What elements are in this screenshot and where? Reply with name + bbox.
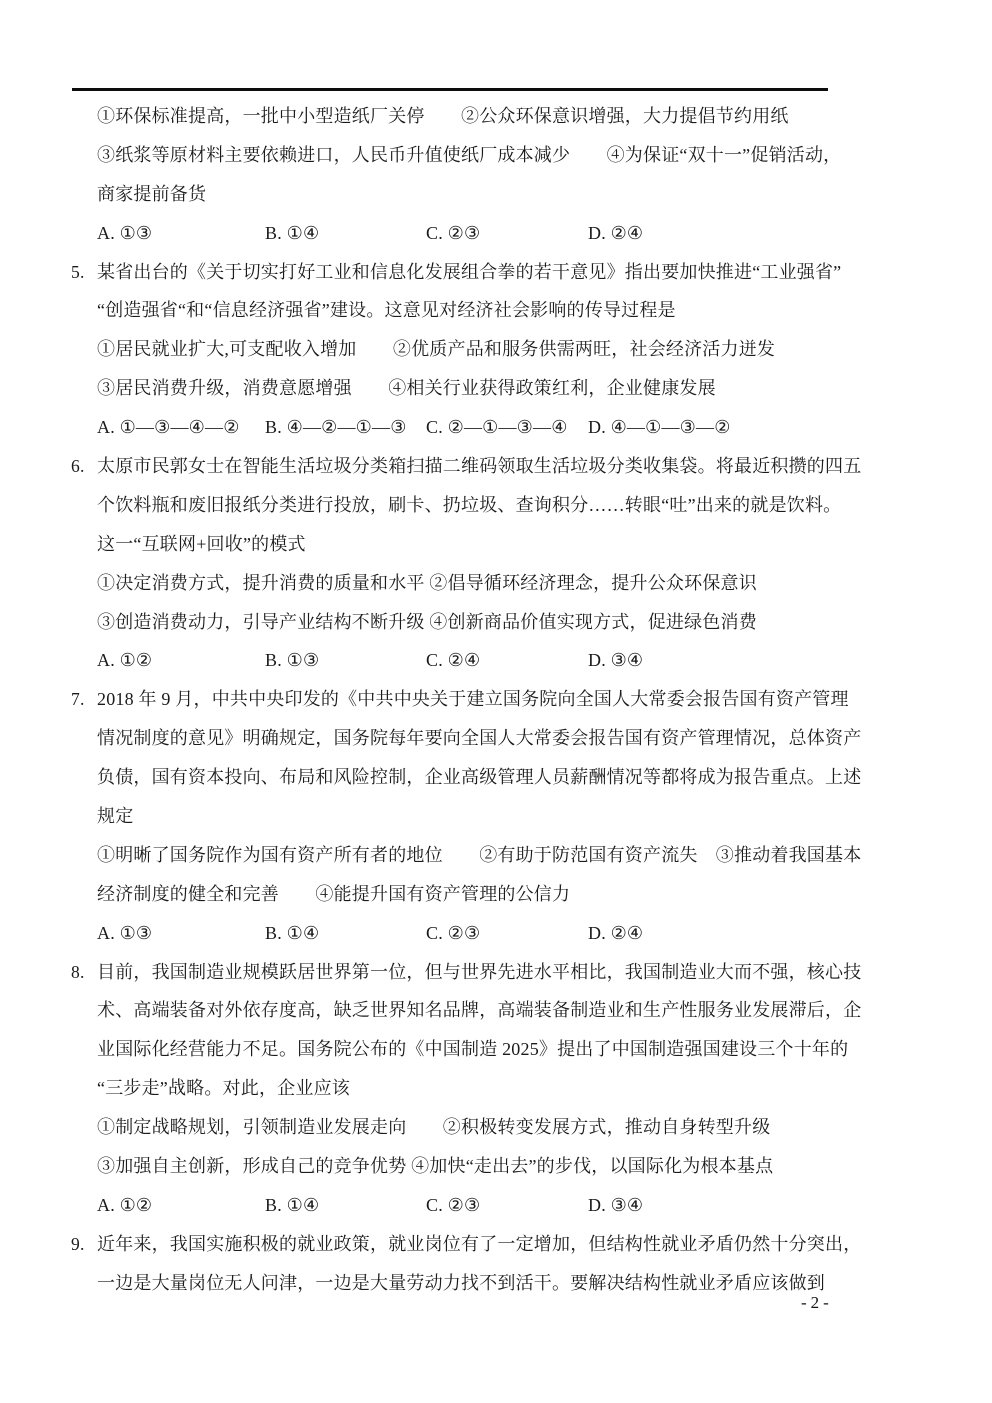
question-line: ①决定消费方式，提升消费的质量和水平 ②倡导循环经济理念，提升公众环保意识 [0, 564, 992, 603]
question-line-text: 个饮料瓶和废旧报纸分类进行投放，刷卡、扔垃圾、查询积分……转眼“吐”出来的就是饮… [97, 495, 841, 515]
option-cell: A. ①② [97, 1186, 152, 1225]
option-cell: D. ③④ [588, 1186, 643, 1225]
question-line-text: 这一“互联网+回收”的模式 [97, 534, 306, 554]
question-block: 5.某省出台的《关于切实打好工业和信息化发展组合拳的若干意见》指出要加快推进“工… [0, 253, 992, 447]
question-line: 这一“互联网+回收”的模式 [0, 525, 992, 564]
question-line: 业国际化经营能力不足。国务院公布的《中国制造 2025》提出了中国制造强国建设三… [0, 1030, 992, 1069]
question-line: “创造强省“和“信息经济强省”建设。这意见对经济社会影响的传导过程是 [0, 291, 992, 330]
option-cell: C. ②—①—③—④ [426, 408, 568, 447]
option-cell: B. ①④ [265, 1186, 319, 1225]
option-cell: B. ①④ [265, 214, 319, 253]
question-line: 商家提前备货 [0, 175, 992, 214]
question-line: ①明晰了国务院作为国有资产所有者的地位 ②有助于防范国有资产流失 ③推动着我国基… [0, 836, 992, 875]
option-cell: A. ①③ [97, 914, 152, 953]
page-number: -2- [801, 1293, 833, 1313]
question-line: 负债，国有资本投向、布局和风险控制，企业高级管理人员薪酬情况等都将成为报告重点。… [0, 758, 992, 797]
question-line-text: 业国际化经营能力不足。国务院公布的《中国制造 2025》提出了中国制造强国建设三… [97, 1039, 848, 1059]
question-line: 个饮料瓶和废旧报纸分类进行投放，刷卡、扔垃圾、查询积分……转眼“吐”出来的就是饮… [0, 486, 992, 525]
question-line: “三步走”战略。对此，企业应该 [0, 1069, 992, 1108]
question-number: 9. [71, 1225, 85, 1264]
answer-options-row: A. ①③B. ①④C. ②③D. ②④ [0, 914, 992, 953]
option-cell: C. ②③ [426, 214, 480, 253]
question-line-text: ①环保标准提高，一批中小型造纸厂关停 ②公众环保意识增强，大力提倡节约用纸 [97, 106, 789, 126]
question-line: 规定 [0, 797, 992, 836]
question-line-text: ①明晰了国务院作为国有资产所有者的地位 ②有助于防范国有资产流失 ③推动着我国基… [97, 845, 861, 865]
question-line-text: ①制定战略规划，引领制造业发展走向 ②积极转变发展方式，推动自身转型升级 [97, 1117, 770, 1137]
answer-options-row: A. ①—③—④—②B. ④—②—①—③C. ②—①—③—④D. ④—①—③—② [0, 408, 992, 447]
header-divider [72, 88, 828, 91]
option-cell: D. ②④ [588, 214, 643, 253]
question-line-text: 2018 年 9 月，中共中央印发的《中共中央关于建立国务院向全国人大常委会报告… [97, 689, 849, 709]
question-line: 经济制度的健全和完善 ④能提升国有资产管理的公信力 [0, 875, 992, 914]
question-line-text: ①决定消费方式，提升消费的质量和水平 ②倡导循环经济理念，提升公众环保意识 [97, 573, 757, 593]
option-cell: B. ①③ [265, 641, 319, 680]
question-line-text: ①居民就业扩大,可支配收入增加 ②优质产品和服务供需两旺，社会经济活力迸发 [97, 339, 775, 359]
question-line: 9.近年来，我国实施积极的就业政策，就业岗位有了一定增加，但结构性就业矛盾仍然十… [0, 1225, 992, 1264]
question-line: 7.2018 年 9 月，中共中央印发的《中共中央关于建立国务院向全国人大常委会… [0, 680, 992, 719]
question-line: 情况制度的意见》明确规定，国务院每年要向全国人大常委会报告国有资产管理情况，总体… [0, 719, 992, 758]
question-block: ①环保标准提高，一批中小型造纸厂关停 ②公众环保意识增强，大力提倡节约用纸③纸浆… [0, 97, 992, 253]
question-line-text: 近年来，我国实施积极的就业政策，就业岗位有了一定增加，但结构性就业矛盾仍然十分突… [97, 1234, 861, 1254]
exam-page: ①环保标准提高，一批中小型造纸厂关停 ②公众环保意识增强，大力提倡节约用纸③纸浆… [0, 0, 992, 1403]
question-line-text: “三步走”战略。对此，企业应该 [97, 1078, 350, 1098]
option-cell: C. ②③ [426, 1186, 480, 1225]
question-number: 5. [71, 253, 85, 292]
question-line: ③纸浆等原材料主要依赖进口，人民币升值使纸厂成本减少 ④为保证“双十一”促销活动… [0, 136, 992, 175]
option-cell: C. ②③ [426, 914, 480, 953]
option-cell: B. ①④ [265, 914, 319, 953]
question-line-text: ③居民消费升级，消费意愿增强 ④相关行业获得政策红利，企业健康发展 [97, 378, 716, 398]
question-line: 8.目前，我国制造业规模跃居世界第一位，但与世界先进水平相比，我国制造业大而不强… [0, 953, 992, 992]
question-line: ①环保标准提高，一批中小型造纸厂关停 ②公众环保意识增强，大力提倡节约用纸 [0, 97, 992, 136]
question-line-text: “创造强省“和“信息经济强省”建设。这意见对经济社会影响的传导过程是 [97, 300, 676, 320]
question-number: 6. [71, 447, 85, 486]
option-cell: A. ①② [97, 641, 152, 680]
question-line-text: 术、高端装备对外依存度高，缺乏世界知名品牌，高端装备制造业和生产性服务业发展滞后… [97, 1000, 861, 1020]
question-line-text: 太原市民郭女士在智能生活垃圾分类箱扫描二维码领取生活垃圾分类收集袋。将最近积攒的… [97, 456, 861, 476]
question-block: 7.2018 年 9 月，中共中央印发的《中共中央关于建立国务院向全国人大常委会… [0, 680, 992, 952]
question-line-text: 目前，我国制造业规模跃居世界第一位，但与世界先进水平相比，我国制造业大而不强，核… [97, 962, 861, 982]
question-line-text: 商家提前备货 [97, 184, 206, 204]
question-line-text: ③创造消费动力，引导产业结构不断升级 ④创新商品价值实现方式，促进绿色消费 [97, 612, 757, 632]
option-cell: A. ①—③—④—② [97, 408, 240, 447]
question-line: ③加强自主创新，形成自己的竞争优势 ④加快“走出去”的步伐，以国际化为根本基点 [0, 1147, 992, 1186]
question-block: 8.目前，我国制造业规模跃居世界第一位，但与世界先进水平相比，我国制造业大而不强… [0, 953, 992, 1225]
option-cell: D. ④—①—③—② [588, 408, 731, 447]
option-cell: B. ④—②—①—③ [265, 408, 407, 447]
question-line: 一边是大量岗位无人问津，一边是大量劳动力找不到活干。要解决结构性就业矛盾应该做到 [0, 1264, 992, 1303]
answer-options-row: A. ①②B. ①③C. ②④D. ③④ [0, 641, 992, 680]
question-line-text: 一边是大量岗位无人问津，一边是大量劳动力找不到活干。要解决结构性就业矛盾应该做到 [97, 1273, 825, 1293]
question-line: 5.某省出台的《关于切实打好工业和信息化发展组合拳的若干意见》指出要加快推进“工… [0, 253, 992, 292]
question-line: ①制定战略规划，引领制造业发展走向 ②积极转变发展方式，推动自身转型升级 [0, 1108, 992, 1147]
option-cell: C. ②④ [426, 641, 480, 680]
question-block: 6.太原市民郭女士在智能生活垃圾分类箱扫描二维码领取生活垃圾分类收集袋。将最近积… [0, 447, 992, 680]
exam-content: ①环保标准提高，一批中小型造纸厂关停 ②公众环保意识增强，大力提倡节约用纸③纸浆… [0, 97, 992, 1303]
question-line-text: ③加强自主创新，形成自己的竞争优势 ④加快“走出去”的步伐，以国际化为根本基点 [97, 1156, 773, 1176]
answer-options-row: A. ①③B. ①④C. ②③D. ②④ [0, 214, 992, 253]
question-line-text: 负债，国有资本投向、布局和风险控制，企业高级管理人员薪酬情况等都将成为报告重点。… [97, 767, 861, 787]
question-line: 术、高端装备对外依存度高，缺乏世界知名品牌，高端装备制造业和生产性服务业发展滞后… [0, 991, 992, 1030]
question-line-text: 经济制度的健全和完善 ④能提升国有资产管理的公信力 [97, 884, 570, 904]
question-line-text: ③纸浆等原材料主要依赖进口，人民币升值使纸厂成本减少 ④为保证“双十一”促销活动… [97, 145, 841, 165]
question-number: 8. [71, 953, 85, 992]
question-block: 9.近年来，我国实施积极的就业政策，就业岗位有了一定增加，但结构性就业矛盾仍然十… [0, 1225, 992, 1303]
question-line: ③创造消费动力，引导产业结构不断升级 ④创新商品价值实现方式，促进绿色消费 [0, 603, 992, 642]
option-cell: D. ③④ [588, 641, 643, 680]
question-line-text: 某省出台的《关于切实打好工业和信息化发展组合拳的若干意见》指出要加快推进“工业强… [97, 262, 841, 282]
answer-options-row: A. ①②B. ①④C. ②③D. ③④ [0, 1186, 992, 1225]
question-line-text: 规定 [97, 806, 133, 826]
question-number: 7. [71, 680, 85, 719]
question-line: ③居民消费升级，消费意愿增强 ④相关行业获得政策红利，企业健康发展 [0, 369, 992, 408]
option-cell: A. ①③ [97, 214, 152, 253]
question-line: ①居民就业扩大,可支配收入增加 ②优质产品和服务供需两旺，社会经济活力迸发 [0, 330, 992, 369]
question-line: 6.太原市民郭女士在智能生活垃圾分类箱扫描二维码领取生活垃圾分类收集袋。将最近积… [0, 447, 992, 486]
question-line-text: 情况制度的意见》明确规定，国务院每年要向全国人大常委会报告国有资产管理情况，总体… [97, 728, 861, 748]
option-cell: D. ②④ [588, 914, 643, 953]
